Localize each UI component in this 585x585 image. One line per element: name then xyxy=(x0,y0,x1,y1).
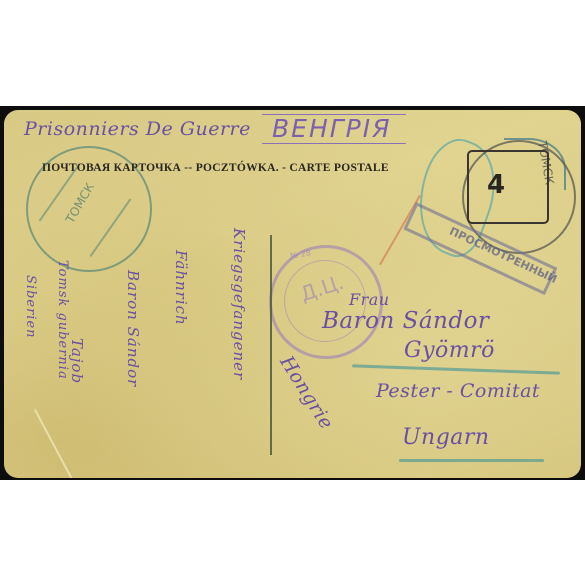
sender-line-3: Baron Sándor xyxy=(124,270,142,387)
address-country: Ungarn xyxy=(402,425,490,450)
address-country-margin: Hongrie xyxy=(275,352,337,433)
address-town: Gyömrö xyxy=(404,338,495,363)
address-salutation: Frau xyxy=(349,290,390,309)
sender-line-5: Tomsk gubernia xyxy=(55,260,70,380)
address-name: Baron Sándor xyxy=(322,308,489,334)
blue-underline-town xyxy=(352,364,560,374)
address-county: Pester - Comitat xyxy=(376,380,540,402)
stamp-glyph: 4 xyxy=(487,170,505,200)
sender-line-1: Kriegsgefangener xyxy=(230,228,248,380)
printed-title: ПОЧТОВАЯ КАРТОЧКА -- POCZTÓWKA. - CARTE … xyxy=(42,162,389,174)
sender-line-2: Fähnrich xyxy=(172,250,190,326)
sender-line-6: Siberien xyxy=(23,275,38,339)
paper-crease xyxy=(34,409,78,478)
sender-line-4: Tajob xyxy=(68,338,86,384)
blue-underline-country xyxy=(399,459,544,462)
prisoners-of-war-label: Prisonniers De Guerre xyxy=(24,118,251,140)
violet-ring-text: № 28 xyxy=(289,248,311,261)
postcard: ТОМСК Prisonniers De Guerre ВЕНГРІЯ ПОЧТ… xyxy=(4,110,581,478)
box-cancel-stamp: 4 xyxy=(467,150,549,224)
postmark-bars xyxy=(39,163,132,257)
destination-stamp: ВЕНГРІЯ xyxy=(262,114,406,144)
address-divider xyxy=(270,235,272,455)
